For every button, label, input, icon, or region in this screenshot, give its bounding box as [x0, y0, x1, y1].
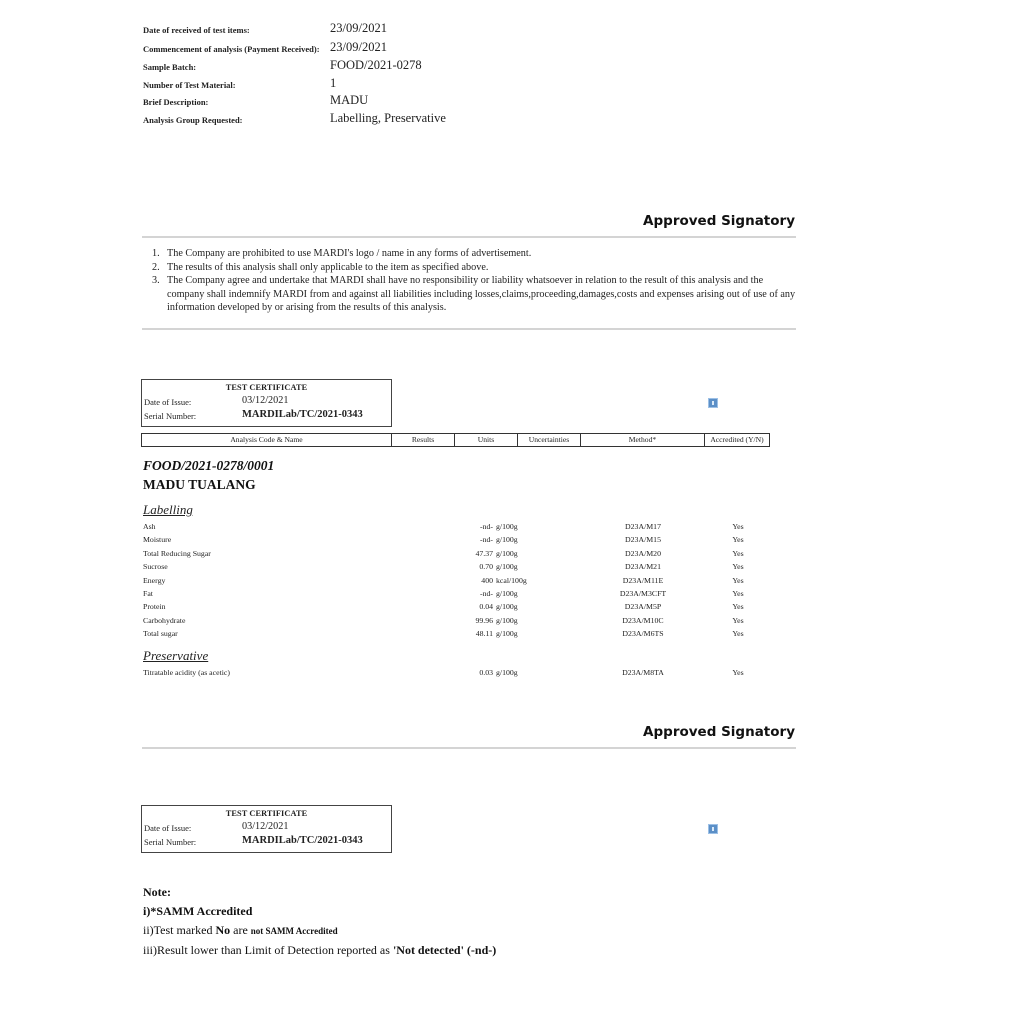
unit-value: g/100g — [496, 535, 518, 544]
info-row-analysis-group: Analysis Group Requested: Labelling, Pre… — [143, 111, 743, 129]
unit-value: g/100g — [496, 668, 518, 677]
term-item: 1.The Company are prohibited to use MARD… — [150, 247, 800, 261]
divider — [142, 328, 796, 330]
unit-value: g/100g — [496, 616, 518, 625]
info-label: Date of received of test items: — [143, 25, 250, 35]
unit-value: g/100g — [496, 602, 518, 611]
column-header-analysis: Analysis Code & Name — [142, 434, 392, 446]
analysis-name: Sucrose — [143, 562, 168, 571]
unit-value: g/100g — [496, 589, 518, 598]
unit-value: kcal/100g — [496, 576, 527, 585]
table-row: Ash-nd-g/100gD23A/M17Yes — [143, 522, 783, 535]
info-value: 23/09/2021 — [330, 40, 387, 55]
result-value: 0.70 — [423, 562, 493, 571]
serial-number-value: MARDILab/TC/2021-0343 — [242, 835, 363, 846]
method-code: D23A/M15 — [588, 535, 698, 544]
info-row-sample-batch: Sample Batch: FOOD/2021-0278 — [143, 58, 743, 76]
group-title-preservative: Preservative — [143, 648, 208, 664]
result-value: 0.04 — [423, 602, 493, 611]
method-code: D23A/M8TA — [588, 668, 698, 677]
method-code: D23A/M11E — [588, 576, 698, 585]
accredited-value: Yes — [723, 629, 753, 638]
table-row: Sucrose0.70g/100gD23A/M21Yes — [143, 562, 783, 575]
result-value: -nd- — [423, 589, 493, 598]
method-code: D23A/M10C — [588, 616, 698, 625]
accredited-value: Yes — [723, 668, 753, 677]
serial-number-label: Serial Number: — [144, 411, 196, 421]
analysis-name: Titratable acidity (as acetic) — [143, 668, 230, 677]
table-row: Fat-nd-g/100gD23A/M3CFTYes — [143, 589, 783, 602]
info-value: FOOD/2021-0278 — [330, 58, 422, 73]
analysis-name: Energy — [143, 576, 165, 585]
analysis-name: Protein — [143, 602, 166, 611]
info-row-date-received: Date of received of test items: 23/09/20… — [143, 21, 743, 39]
table-row: Total sugar48.11g/100gD23A/M6TSYes — [143, 629, 783, 642]
method-code: D23A/M20 — [588, 549, 698, 558]
column-header-units: Units — [455, 434, 518, 446]
note-2: ii)Test marked No are not SAMM Accredite… — [143, 921, 496, 941]
accredited-value: Yes — [723, 522, 753, 531]
sample-name: MADU TUALANG — [143, 477, 256, 493]
table-row: Moisture-nd-g/100gD23A/M15Yes — [143, 535, 783, 548]
analysis-name: Fat — [143, 589, 153, 598]
info-row-commencement: Commencement of analysis (Payment Receiv… — [143, 40, 743, 58]
result-value: 48.11 — [423, 629, 493, 638]
test-certificate-box: TEST CERTIFICATE Date of Issue: 03/12/20… — [141, 805, 392, 853]
notes-title: Note: — [143, 883, 496, 902]
date-of-issue-value: 03/12/2021 — [242, 395, 288, 406]
accredited-value: Yes — [723, 616, 753, 625]
info-row-number-material: Number of Test Material: 1 — [143, 76, 743, 94]
unit-value: g/100g — [496, 522, 518, 531]
unit-value: g/100g — [496, 562, 518, 571]
info-value: Labelling, Preservative — [330, 111, 446, 126]
result-value: 99.96 — [423, 616, 493, 625]
term-item: 3.The Company agree and undertake that M… — [150, 274, 800, 315]
analysis-name: Ash — [143, 522, 156, 531]
method-code: D23A/M5P — [588, 602, 698, 611]
result-value: 47.37 — [423, 549, 493, 558]
info-value: 1 — [330, 76, 336, 91]
date-of-issue-label: Date of Issue: — [144, 397, 191, 407]
column-header-uncertainties: Uncertainties — [518, 434, 581, 446]
info-label: Commencement of analysis (Payment Receiv… — [143, 44, 320, 54]
method-code: D23A/M6TS — [588, 629, 698, 638]
table-row: Carbohydrate99.96g/100gD23A/M10CYes — [143, 616, 783, 629]
accredited-value: Yes — [723, 562, 753, 571]
test-certificate-box: TEST CERTIFICATE Date of Issue: 03/12/20… — [141, 379, 392, 427]
accredited-value: Yes — [723, 576, 753, 585]
broken-image-icon — [708, 398, 718, 408]
analysis-name: Moisture — [143, 535, 171, 544]
column-header-results: Results — [392, 434, 455, 446]
approved-signatory-heading: Approved Signatory — [643, 724, 795, 740]
result-value: 0.03 — [423, 668, 493, 677]
table-row: Protein0.04g/100gD23A/M5PYes — [143, 602, 783, 615]
approved-signatory-heading: Approved Signatory — [643, 213, 795, 229]
unit-value: g/100g — [496, 629, 518, 638]
column-header-accredited: Accredited (Y/N) — [705, 434, 769, 446]
terms-list: 1.The Company are prohibited to use MARD… — [150, 247, 800, 315]
result-value: -nd- — [423, 535, 493, 544]
serial-number-value: MARDILab/TC/2021-0343 — [242, 409, 363, 420]
certificate-title: TEST CERTIFICATE — [142, 809, 391, 818]
accredited-value: Yes — [723, 535, 753, 544]
unit-value: g/100g — [496, 549, 518, 558]
table-row: Energy400kcal/100gD23A/M11EYes — [143, 576, 783, 589]
accredited-value: Yes — [723, 589, 753, 598]
analysis-name: Carbohydrate — [143, 616, 185, 625]
serial-number-label: Serial Number: — [144, 837, 196, 847]
info-label: Number of Test Material: — [143, 80, 236, 90]
group-title-labelling: Labelling — [143, 502, 193, 518]
info-label: Brief Description: — [143, 97, 208, 107]
note-1: i)*SAMM Accredited — [143, 902, 496, 921]
info-label: Sample Batch: — [143, 62, 196, 72]
column-header-method: Method* — [581, 434, 705, 446]
table-row: Titratable acidity (as acetic)0.03g/100g… — [143, 668, 783, 681]
table-row: Total Reducing Sugar47.37g/100gD23A/M20Y… — [143, 549, 783, 562]
certificate-title: TEST CERTIFICATE — [142, 383, 391, 392]
accredited-value: Yes — [723, 602, 753, 611]
info-value: 23/09/2021 — [330, 21, 387, 36]
method-code: D23A/M17 — [588, 522, 698, 531]
broken-image-icon — [708, 824, 718, 834]
info-label: Analysis Group Requested: — [143, 115, 243, 125]
info-value: MADU — [330, 93, 368, 108]
sample-code: FOOD/2021-0278/0001 — [143, 458, 274, 474]
date-of-issue-label: Date of Issue: — [144, 823, 191, 833]
result-value: 400 — [423, 576, 493, 585]
method-code: D23A/M21 — [588, 562, 698, 571]
term-item: 2.The results of this analysis shall onl… — [150, 261, 800, 275]
result-value: -nd- — [423, 522, 493, 531]
method-code: D23A/M3CFT — [588, 589, 698, 598]
date-of-issue-value: 03/12/2021 — [242, 821, 288, 832]
info-row-brief-description: Brief Description: MADU — [143, 93, 743, 111]
analysis-name: Total sugar — [143, 629, 178, 638]
notes: Note: i)*SAMM Accredited ii)Test marked … — [143, 883, 496, 960]
divider — [142, 747, 796, 749]
analysis-name: Total Reducing Sugar — [143, 549, 211, 558]
accredited-value: Yes — [723, 549, 753, 558]
results-table-header: Analysis Code & Name Results Units Uncer… — [141, 433, 770, 447]
note-3: iii)Result lower than Limit of Detection… — [143, 941, 496, 960]
divider — [142, 236, 796, 238]
